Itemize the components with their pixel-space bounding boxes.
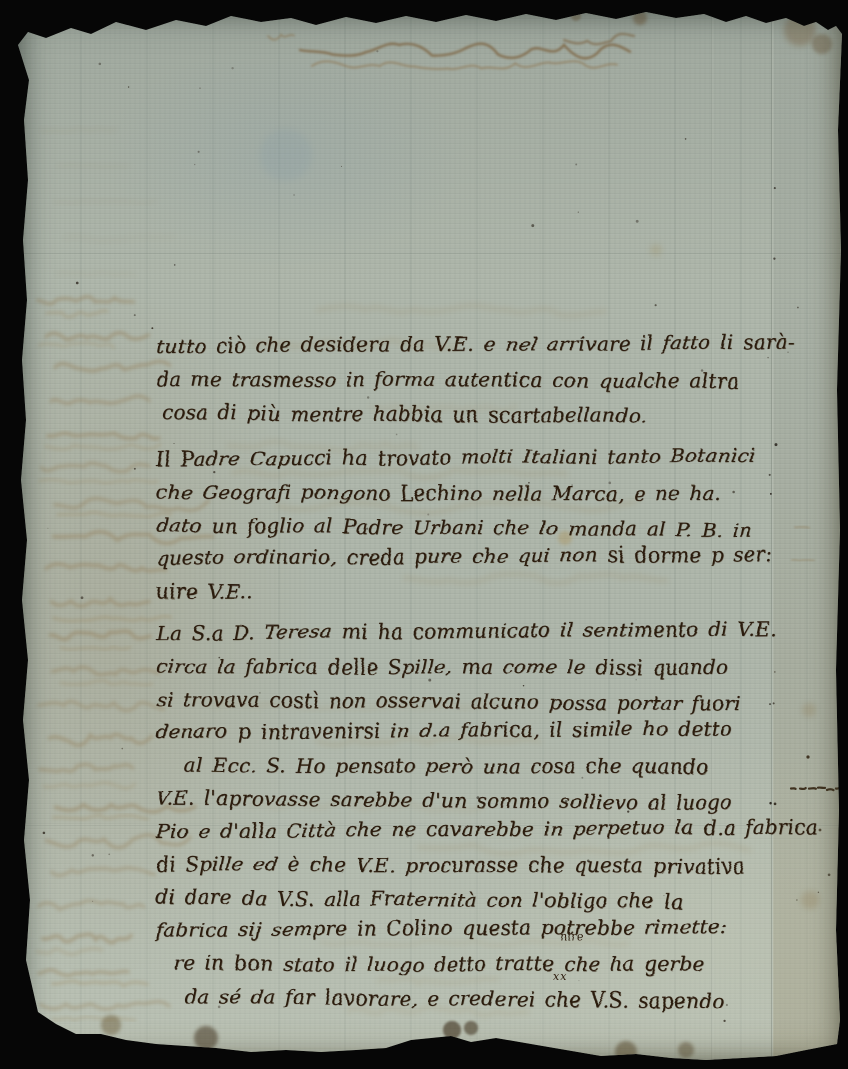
text-line: Pio e d'alla Città che ne cavarebbe in p… [156,810,816,848]
text-line: tutto ciò che desidera da V.E. e nel arr… [156,325,816,363]
text-line: che Geografi pongono Lechino nella Marca… [156,476,816,511]
text-line: al Ecc. S. Ho pensato però una cosa che … [156,749,816,784]
text-line: re in bon stato il luogo detto tratte ch… [156,947,816,982]
paper-sheet: tutto ciò che desidera da V.E. e nel arr… [16,10,842,1060]
text-line: denaro p intravenirsi in d.a fabrica, il… [156,711,816,749]
text-line: cosa di più mentre habbia un scartabella… [156,396,816,434]
text-line: da sé da far lavorare, e crederei che V.… [156,980,816,1018]
text-line: di Spille ed è che V.E. procurasse che q… [156,848,816,883]
text-line: fabrica sij sempre in Colino questa potr… [156,909,816,947]
paragraph: tutto ciò che desidera da V.E. e nel arr… [156,330,816,429]
text-line: Il Padre Capucci ha trovato molti Italia… [156,438,816,476]
text-line: questo ordinario, creda pure che qui non… [156,537,816,575]
text-line: uire V.E.. [156,575,816,610]
text-line: da me trasmesso in forma autentica con q… [156,363,816,398]
scan-canvas: tutto ciò che desidera da V.E. e nel arr… [0,0,848,1069]
letter-text-block: tutto ciò che desidera da V.E. e nel arr… [156,330,816,1013]
top-docket-inscription [268,34,634,69]
horizontal-crease [16,253,842,255]
insertion-mark: xx [553,971,567,982]
superscript-insertion: nire [560,931,583,942]
text-line: circa la fabrica delle Spille, ma come l… [156,650,816,685]
paragraph: Il Padre Capucci ha trovato molti Italia… [156,443,816,608]
text-line: La S.a D. Teresa mi ha communicato il se… [156,612,816,650]
paragraph: La S.a D. Teresa mi ha communicato il se… [156,617,816,1013]
